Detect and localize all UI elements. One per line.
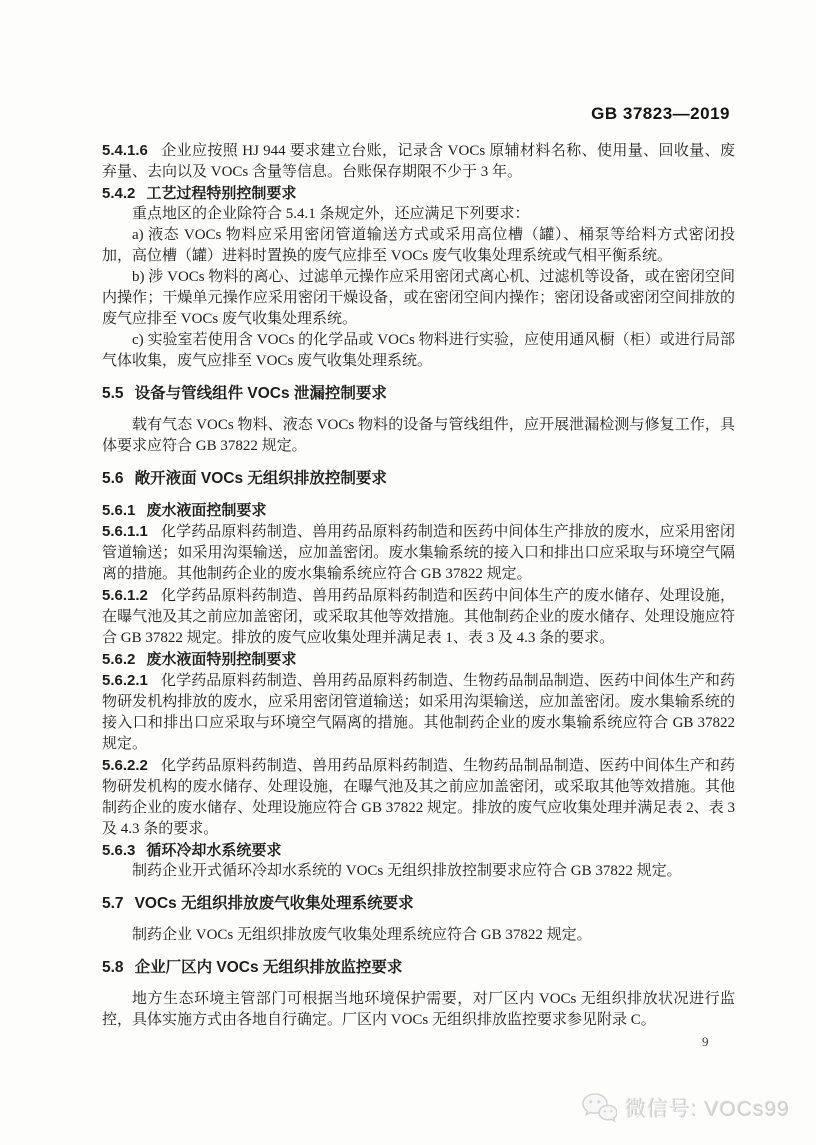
paragraph-5-8-body: 地方生态环境主管部门可根据当地环境保护需要，对厂区内 VOCs 无组织排放状况进… (102, 989, 735, 1031)
clause-5-6-1-1: 5.6.1.1化学药品原料药制造、兽用药品原料药制造和医药中间体生产排放的废水，… (102, 521, 735, 585)
heading-5-6-2: 5.6.2废水液面特别控制要求 (102, 649, 735, 670)
wechat-id-label: 微信号: VOCs99 (625, 1093, 790, 1123)
paragraph-5-5-body: 载有气态 VOCs 物料、液态 VOCs 物料的设备与管线组件，应开展泄漏检测与… (102, 415, 735, 457)
heading-text: 废水液面特别控制要求 (146, 651, 296, 668)
list-item-a: a) 液态 VOCs 物料应采用密闭管道输送方式或采用高位槽（罐）、桶泵等给料方… (102, 225, 735, 267)
clause-number: 5.6.2.1 (102, 672, 148, 689)
heading-5-7: 5.7VOCs 无组织排放废气收集处理系统要求 (102, 893, 735, 914)
paragraph-5-7-body: 制药企业 VOCs 无组织排放废气收集处理系统应符合 GB 37822 规定。 (102, 925, 735, 946)
clause-5-6-2-2: 5.6.2.2化学药品原料药制造、兽用药品原料药制造、生物药品制品制造、医药中间… (102, 755, 735, 840)
document-page: GB 37823—2019 5.4.1.6企业应按照 HJ 944 要求建立台账… (0, 0, 816, 1145)
clause-5-6-2-1: 5.6.2.1化学药品原料药制造、兽用药品原料药制造、生物药品制品制造、医药中间… (102, 670, 735, 755)
clause-number: 5.8 (102, 959, 124, 976)
heading-5-6-1: 5.6.1废水液面控制要求 (102, 500, 735, 521)
heading-text: 循环冷却水系统要求 (146, 842, 281, 859)
list-item-b: b) 涉 VOCs 物料的离心、过滤单元操作应采用密闭式离心机、过滤机等设备，或… (102, 267, 735, 330)
clause-number: 5.6.2 (102, 651, 135, 668)
clause-number: 5.6 (102, 470, 124, 487)
clause-number: 5.4.2 (102, 185, 135, 202)
clause-number: 5.6.1.2 (102, 587, 148, 604)
wechat-watermark: 微信号: VOCs99 (581, 1092, 790, 1123)
clause-number: 5.6.2.2 (102, 757, 148, 774)
clause-text: 化学药品原料药制造、兽用药品原料药制造和医药中间体生产的废水储存、处理设施，在曝… (102, 588, 735, 646)
clause-number: 5.4.1.6 (102, 142, 148, 159)
list-item-c: c) 实验室若使用含 VOCs 的化学品或 VOCs 物料进行实验，应使用通风橱… (102, 330, 735, 372)
clause-text: 化学药品原料药制造、兽用药品原料药制造、生物药品制品制造、医药中间体生产和药物研… (102, 758, 735, 837)
document-body: 5.4.1.6企业应按照 HJ 944 要求建立台账，记录含 VOCs 原辅材料… (102, 140, 735, 1031)
clause-text: 化学药品原料药制造、兽用药品原料药制造、生物药品制品制造、医药中间体生产和药物研… (102, 673, 735, 752)
heading-5-6-3: 5.6.3循环冷却水系统要求 (102, 840, 735, 861)
page-number: 9 (702, 1034, 709, 1050)
wechat-icon (581, 1092, 617, 1123)
heading-5-5: 5.5设备与管线组件 VOCs 泄漏控制要求 (102, 383, 735, 404)
clause-number: 5.6.3 (102, 842, 135, 859)
heading-5-6: 5.6敞开液面 VOCs 无组织排放控制要求 (102, 468, 735, 489)
heading-text: 废水液面控制要求 (146, 502, 266, 519)
heading-text: 设备与管线组件 VOCs 泄漏控制要求 (135, 385, 387, 402)
clause-number: 5.6.1.1 (102, 523, 148, 540)
standard-number-header: GB 37823—2019 (591, 104, 730, 124)
paragraph-intro-requirements: 重点地区的企业除符合 5.4.1 条规定外，还应满足下列要求： (102, 204, 735, 225)
heading-text: 企业厂区内 VOCs 无组织排放监控要求 (135, 959, 403, 976)
clause-text: 化学药品原料药制造、兽用药品原料药制造和医药中间体生产排放的废水，应采用密闭管道… (102, 524, 735, 582)
heading-text: VOCs 无组织排放废气收集处理系统要求 (135, 895, 414, 912)
heading-text: 工艺过程特别控制要求 (146, 185, 296, 202)
clause-5-6-1-2: 5.6.1.2化学药品原料药制造、兽用药品原料药制造和医药中间体生产的废水储存、… (102, 585, 735, 649)
clause-number: 5.6.1 (102, 502, 135, 519)
clause-text: 企业应按照 HJ 944 要求建立台账，记录含 VOCs 原辅材料名称、使用量、… (102, 143, 735, 180)
clause-number: 5.7 (102, 895, 124, 912)
clause-number: 5.5 (102, 385, 124, 402)
heading-text: 敞开液面 VOCs 无组织排放控制要求 (135, 470, 387, 487)
heading-5-4-2: 5.4.2工艺过程特别控制要求 (102, 183, 735, 204)
clause-5-4-1-6: 5.4.1.6企业应按照 HJ 944 要求建立台账，记录含 VOCs 原辅材料… (102, 140, 735, 183)
heading-5-8: 5.8企业厂区内 VOCs 无组织排放监控要求 (102, 957, 735, 978)
paragraph-5-6-3-body: 制药企业开式循环冷却水系统的 VOCs 无组织排放控制要求应符合 GB 3782… (102, 861, 735, 882)
